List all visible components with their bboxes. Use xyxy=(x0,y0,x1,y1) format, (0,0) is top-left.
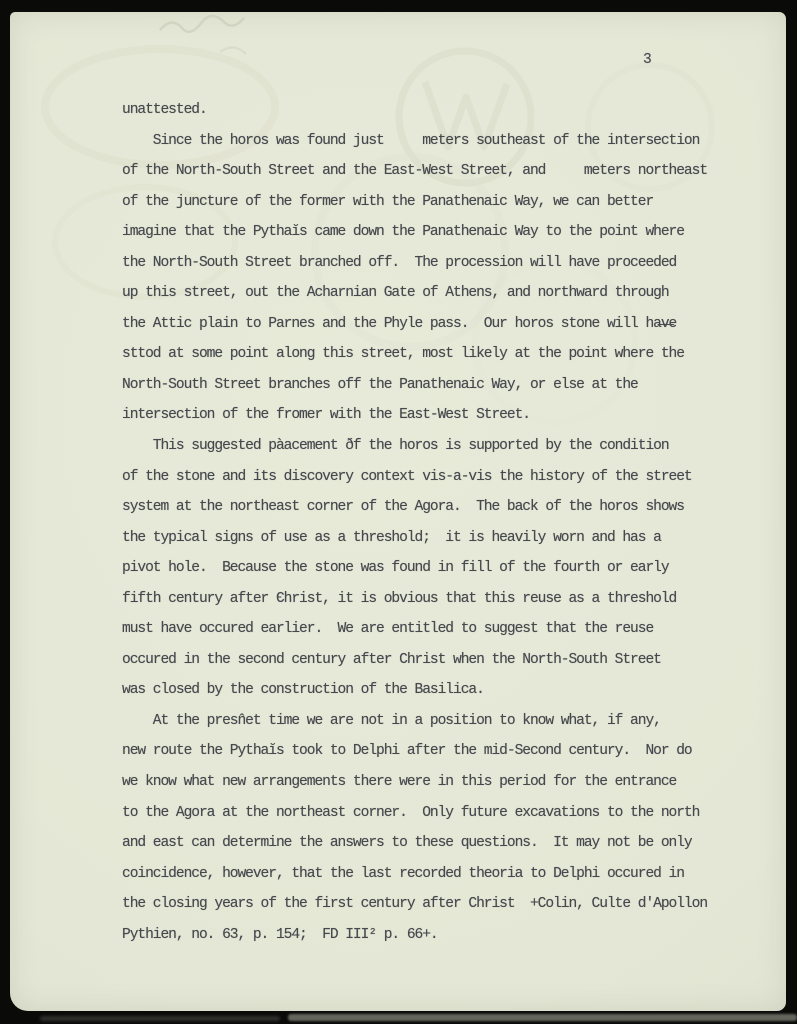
adjacent-page-edge-dim xyxy=(40,1016,280,1021)
typed-text-block: unattested. Since the horos was found ju… xyxy=(122,95,742,950)
adjacent-page-edge xyxy=(288,1014,797,1021)
paragraph-unattested: unattested. xyxy=(122,95,742,126)
scanned-document: 3 unattested. Since the horos was found … xyxy=(0,0,797,1024)
document-page: 3 unattested. Since the horos was found … xyxy=(10,12,786,1011)
paragraph-suggested-placement: This suggested pàacement ðf the horos is… xyxy=(122,431,742,706)
page-number: 3 xyxy=(643,45,651,76)
paragraph-since-horos-found: Since the horos was found just meters so… xyxy=(122,126,742,431)
paragraph-present-time: At the presn̂et time we are not in a pos… xyxy=(122,706,742,950)
